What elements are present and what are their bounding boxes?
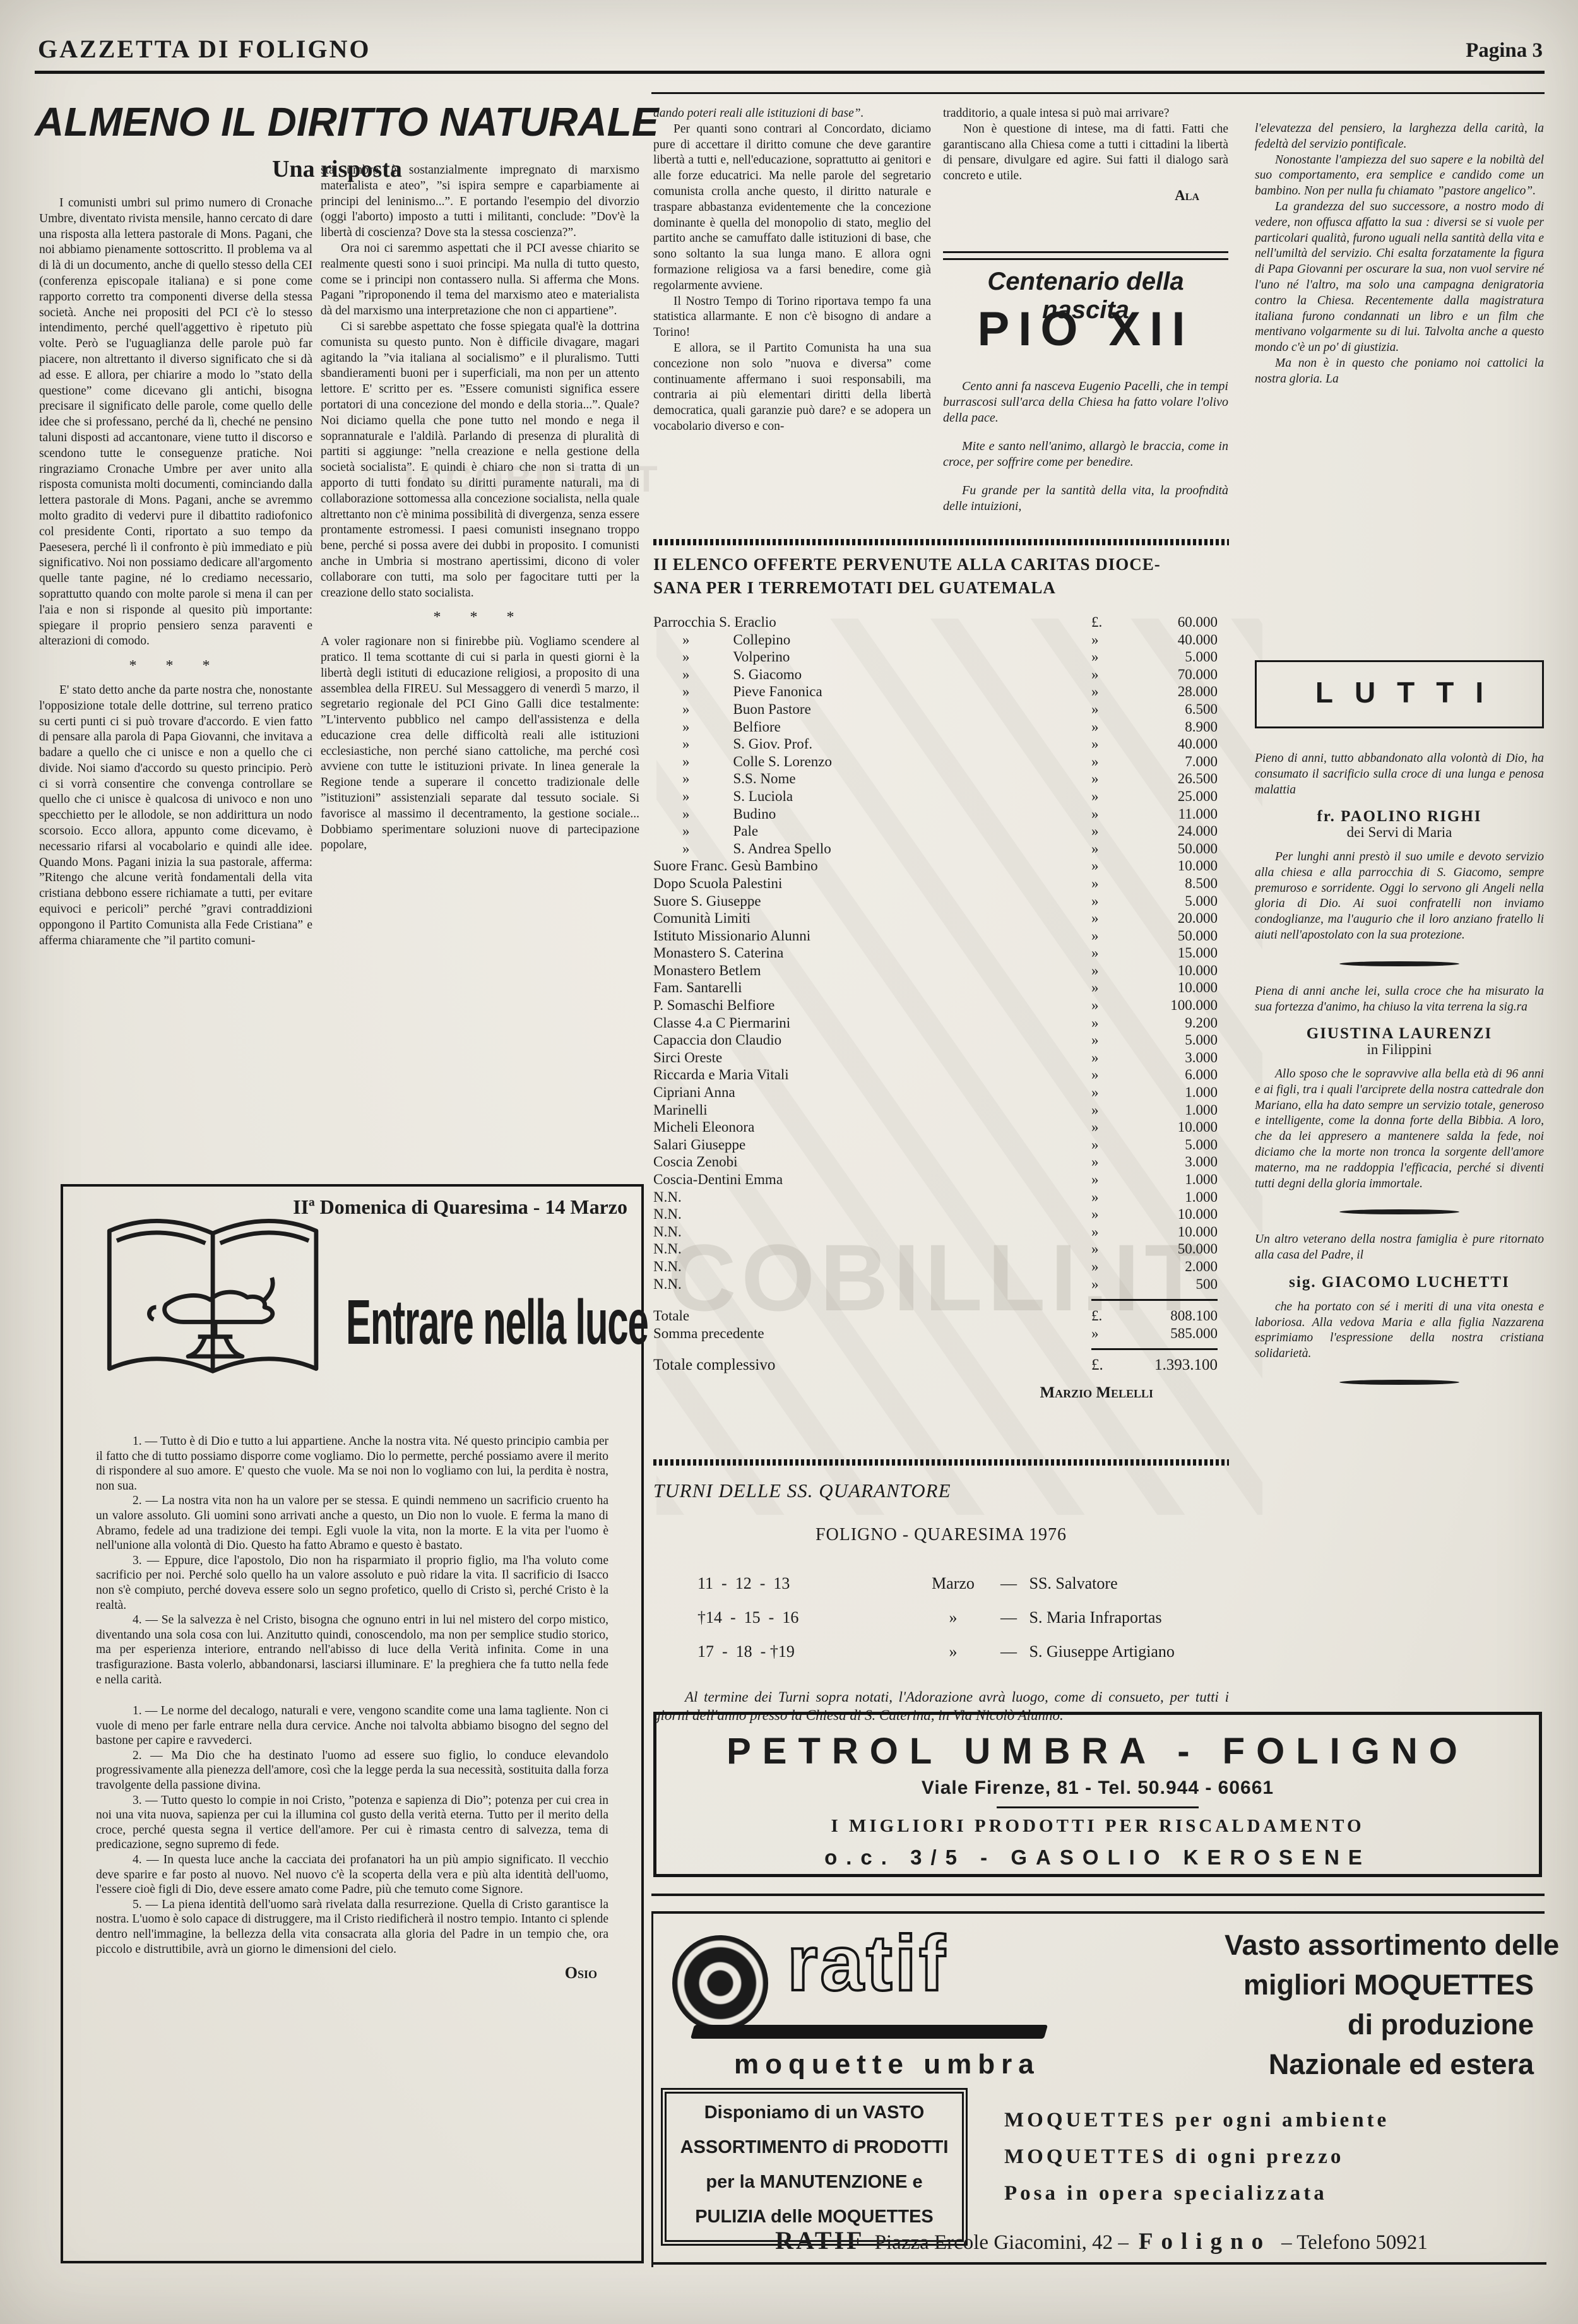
right-column-paragraphs: l'elevatezza del pensiero, la larghezza …: [1255, 121, 1544, 388]
caritas-rows: Parrocchia S. Eraclio £. 60.000 » Collep…: [653, 614, 1229, 1293]
currency-mark: »: [1091, 1276, 1136, 1293]
donation-amount: 60.000: [1136, 614, 1218, 631]
obituary-paragraph: Allo sposo che le sopravvive alla bella …: [1255, 1067, 1544, 1192]
donor-name: Parrocchia S. Eraclio: [653, 614, 1091, 631]
donation-row: Monastero S. Caterina » 15.000: [653, 944, 1229, 962]
currency-mark: »: [1091, 805, 1136, 823]
donation-row: » S. Andrea Spello » 50.000: [653, 840, 1229, 858]
obituary-divider: [1339, 1209, 1459, 1214]
turni-subtitle: FOLIGNO - QUARESIMA 1976: [653, 1525, 1229, 1545]
column-1-paragraphs-2: E' stato detto anche da parte nostra che…: [39, 683, 312, 949]
obituary-body: che ha portato con sé i meriti di una vi…: [1255, 1300, 1544, 1362]
centenario-paragraph: Mite e santo nell'animo, allargò le brac…: [943, 439, 1228, 470]
currency-mark: »: [1091, 927, 1136, 945]
ratif-box-lines: Disponiamo di un VASTOASSORTIMENTO di PR…: [667, 2097, 962, 2232]
petrol-ad-products-line: I MIGLIORI PRODOTTI PER RISCALDAMENTO: [656, 1816, 1539, 1837]
obituary-lead: Piena di anni anche lei, sulla croce che…: [1255, 984, 1544, 1016]
currency-mark: »: [1091, 718, 1136, 736]
article-paragraph: I comunisti umbri sul primo numero di Cr…: [39, 196, 312, 649]
petrol-ad-rule: [997, 1806, 1199, 1808]
donation-row: Micheli Eleonora » 10.000: [653, 1118, 1229, 1136]
donation-row: Capaccia don Claudio » 5.000: [653, 1031, 1229, 1049]
turni-dates: 17 - 18 - †19: [697, 1635, 906, 1669]
donation-amount: 5.000: [1136, 1136, 1218, 1154]
currency-mark: »: [1091, 944, 1136, 962]
donor-name: Micheli Eleonora: [653, 1118, 1091, 1136]
donation-row: Monastero Betlem » 10.000: [653, 962, 1229, 980]
donation-amount: 50.000: [1136, 1240, 1218, 1258]
ratif-feature-line: Posa in opera specializzata: [1004, 2175, 1547, 2212]
meditation-paragraph: 4. — Se la salvezza è nel Cristo, bisogn…: [96, 1613, 608, 1687]
currency-mark: »: [1091, 840, 1136, 858]
donor-name: Monastero S. Caterina: [653, 944, 1091, 962]
currency-mark: £.: [1091, 614, 1136, 631]
lutti-box: LUTTI: [1255, 660, 1544, 728]
currency-mark: »: [1091, 910, 1136, 927]
donation-row: Comunità Limiti » 20.000: [653, 910, 1229, 927]
donation-amount: 9.200: [1136, 1014, 1218, 1032]
total-row: Somma precedente » 585.000: [653, 1325, 1229, 1343]
donation-row: Classe 4.a C Piermarini » 9.200: [653, 1014, 1229, 1032]
currency-mark: »: [1091, 666, 1136, 684]
donation-row: Riccarda e Maria Vitali » 6.000: [653, 1066, 1229, 1084]
meditation-paragraph: 3. — Tutto questo lo compie in noi Crist…: [96, 1793, 608, 1853]
donor-name: N.N.: [653, 1276, 1091, 1293]
right-column-paragraph: La grandezza del suo successore, a nostr…: [1255, 199, 1544, 356]
donation-row: » Belfiore » 8.900: [653, 718, 1229, 736]
article-column-3: dando poteri reali alle istituzioni di b…: [653, 106, 931, 435]
donor-name: » Buon Pastore: [653, 701, 1091, 718]
currency-mark: »: [1091, 1049, 1136, 1067]
book-lamp-illustration: [92, 1203, 338, 1411]
donation-row: » Volperino » 5.000: [653, 648, 1229, 666]
donation-amount: 10.000: [1136, 857, 1218, 875]
donor-name: N.N.: [653, 1189, 1091, 1206]
petrol-umbra-ad: PETROL UMBRA - FOLIGNO Viale Firenze, 81…: [653, 1712, 1542, 1877]
donor-name: P. Somaschi Belfiore: [653, 997, 1091, 1014]
ratif-features: MOQUETTES per ogni ambienteMOQUETTES di …: [1004, 2102, 1547, 2212]
entrare-title: Entrare nella luce: [346, 1286, 648, 1359]
donation-amount: 11.000: [1136, 805, 1218, 823]
ratif-right-heading: Vasto assortimento dellemigliori MOQUETT…: [1225, 1925, 1534, 2084]
turni-schedule: 11 - 12 - 13 Marzo — SS. Salvatore †14 -…: [653, 1567, 1229, 1669]
caritas-heading-line1: II ELENCO OFFERTE PERVENUTE ALLA CARITAS…: [653, 553, 1229, 576]
donation-amount: 10.000: [1136, 962, 1218, 980]
ratif-feature-line: MOQUETTES per ogni ambiente: [1004, 2102, 1547, 2138]
turni-row: †14 - 15 - 16 » — S. Maria Infraportas: [653, 1601, 1229, 1635]
donor-name: Sirci Oreste: [653, 1049, 1091, 1067]
total-amount: 585.000: [1136, 1325, 1218, 1343]
currency-mark: »: [1091, 788, 1136, 805]
currency-mark: »: [1091, 735, 1136, 753]
article-column-2: sta umbro è sostanzialmente impregnato d…: [321, 163, 639, 853]
turni-section: TURNI DELLE SS. QUARANTORE FOLIGNO - QUA…: [653, 1479, 1229, 1724]
donation-amount: 10.000: [1136, 1118, 1218, 1136]
donation-amount: 20.000: [1136, 910, 1218, 927]
currency-mark: »: [1091, 857, 1136, 875]
donation-amount: 500: [1136, 1276, 1218, 1293]
article-paragraph: Non è questione di intese, ma di fatti. …: [943, 122, 1228, 184]
donation-row: N.N. » 2.000: [653, 1258, 1229, 1276]
donor-name: Capaccia don Claudio: [653, 1031, 1091, 1049]
donation-amount: 15.000: [1136, 944, 1218, 962]
lutti-entry-list: Pieno di anni, tutto abbandonato alla vo…: [1255, 751, 1544, 1385]
caritas-heading-line2: SANA PER I TERREMOTATI DEL GUATEMALA: [653, 576, 1229, 600]
caritas-section: II ELENCO OFFERTE PERVENUTE ALLA CARITAS…: [653, 553, 1229, 1402]
donor-name: » Volperino: [653, 648, 1091, 666]
donor-name: » Collepino: [653, 631, 1091, 649]
petrol-ad-fuel-line: o.c. 3/5 - GASOLIO KEROSENE: [656, 1846, 1539, 1870]
donation-row: » Colle S. Lorenzo » 7.000: [653, 753, 1229, 771]
caritas-table: Parrocchia S. Eraclio £. 60.000 » Collep…: [653, 614, 1229, 1374]
obituary-body: Allo sposo che le sopravvive alla bella …: [1255, 1067, 1544, 1192]
ratif-products-box: Disponiamo di un VASTOASSORTIMENTO di PR…: [661, 2088, 968, 2246]
ratif-logo-text: ratif: [787, 1919, 947, 2008]
lutti-title: LUTTI: [1257, 662, 1542, 723]
donation-row: » Pale » 24.000: [653, 822, 1229, 840]
donation-amount: 8.900: [1136, 718, 1218, 736]
sunday-kicker: IIª Domenica di Quaresima - 14 Marzo: [293, 1195, 627, 1219]
donation-amount: 28.000: [1136, 683, 1218, 701]
ratif-box-line: per la MANUTENZIONE e: [667, 2166, 962, 2198]
currency-mark: »: [1091, 1031, 1136, 1049]
turni-month: »: [906, 1635, 1000, 1669]
ratif-footer-address: Piazza Ercole Giacomini, 42 –: [875, 2231, 1129, 2255]
currency-mark: »: [1091, 1223, 1136, 1241]
donation-row: N.N. » 10.000: [653, 1223, 1229, 1241]
turni-rows: 11 - 12 - 13 Marzo — SS. Salvatore †14 -…: [653, 1567, 1229, 1669]
column-4-paragraphs: tradditorio, a quale intesa si può mai a…: [943, 106, 1228, 184]
currency-mark: »: [1091, 979, 1136, 997]
donation-row: N.N. » 1.000: [653, 1189, 1229, 1206]
donation-row: » S. Luciola » 25.000: [653, 788, 1229, 805]
donation-amount: 1.000: [1136, 1189, 1218, 1206]
donor-name: Fam. Santarelli: [653, 979, 1091, 997]
donor-name: N.N.: [653, 1240, 1091, 1258]
donor-name: N.N.: [653, 1206, 1091, 1223]
donation-amount: 10.000: [1136, 1223, 1218, 1241]
article-paragraph: A voler ragionare non si finirebbe più. …: [321, 634, 639, 853]
entrare-nella-luce-box: IIª Domenica di Quaresima - 14 Marzo Ent…: [61, 1184, 644, 2263]
currency-mark: »: [1091, 683, 1136, 701]
donation-amount: 25.000: [1136, 788, 1218, 805]
currency-mark: »: [1091, 822, 1136, 840]
ratif-footer-phone: – Telefono 50921: [1281, 2231, 1428, 2255]
caritas-signature: Marzio Melelli: [653, 1384, 1229, 1402]
currency-mark: »: [1091, 753, 1136, 771]
turni-dates: †14 - 15 - 16: [697, 1601, 906, 1635]
header-rule: [35, 71, 1545, 74]
donation-amount: 50.000: [1136, 927, 1218, 945]
donation-amount: 7.000: [1136, 753, 1218, 771]
currency-mark: »: [1091, 1153, 1136, 1171]
currency-mark: »: [1091, 1206, 1136, 1223]
currency-mark: »: [1091, 1084, 1136, 1101]
article-title: ALMENO IL DIRITTO NATURALE: [35, 98, 639, 145]
donation-amount: 3.000: [1136, 1153, 1218, 1171]
caritas-totals: Totale £. 808.100 Somma precedente » 585…: [653, 1307, 1229, 1342]
obituary-name: GIUSTINA LAURENZI: [1255, 1026, 1544, 1042]
donor-name: Suore S. Giuseppe: [653, 892, 1091, 910]
meditation-paragraph: 3. — Eppure, dice l'apostolo, Dio non ha…: [96, 1553, 608, 1613]
currency-mark: »: [1091, 701, 1136, 718]
carpet-roll-logo-icon: [672, 1935, 768, 2031]
donation-row: » S. Giov. Prof. » 40.000: [653, 735, 1229, 753]
obituary-entry: Piena di anni anche lei, sulla croce che…: [1255, 984, 1544, 1215]
right-column-text: l'elevatezza del pensiero, la larghezza …: [1255, 121, 1544, 388]
right-column-paragraph: Nonostante l'ampiezza del suo sapere e l…: [1255, 153, 1544, 199]
currency-mark: »: [1091, 1066, 1136, 1084]
obituary-name: fr. PAOLINO RIGHI: [1255, 809, 1544, 825]
centenario-paragraph: Cento anni fa nasceva Eugenio Pacelli, c…: [943, 379, 1228, 426]
obituary-name: sig. GIACOMO LUCHETTI: [1255, 1275, 1544, 1291]
donation-amount: 40.000: [1136, 631, 1218, 649]
donation-amount: 6.500: [1136, 701, 1218, 718]
page-number: Pagina 3: [1466, 39, 1543, 62]
obituary-entry: Un altro veterano della nostra famiglia …: [1255, 1232, 1544, 1385]
article-paragraph: sta umbro è sostanzialmente impregnato d…: [321, 163, 639, 241]
article-paragraph: E' stato detto anche da parte nostra che…: [39, 683, 312, 949]
obituary-lead: Un altro veterano della nostra famiglia …: [1255, 1232, 1544, 1264]
turni-month: Marzo: [906, 1567, 1000, 1601]
meditation-paragraph: 5. — La piena identità dell'uomo sarà ri…: [96, 1897, 608, 1957]
ratif-right-line: migliori MOQUETTES: [1225, 1965, 1534, 2005]
donation-row: Salari Giuseppe » 5.000: [653, 1136, 1229, 1154]
currency-mark: »: [1091, 770, 1136, 788]
ratif-bottom-rule: [653, 2262, 1546, 2265]
obituary-subname: dei Servi di Maria: [1255, 825, 1544, 841]
donor-name: » S. Giov. Prof.: [653, 735, 1091, 753]
donation-row: N.N. » 10.000: [653, 1206, 1229, 1223]
donation-amount: 3.000: [1136, 1049, 1218, 1067]
entrare-body: 1. — Tutto è di Dio e tutto a lui appart…: [96, 1434, 608, 1981]
currency-mark: »: [1091, 962, 1136, 980]
column-1-paragraphs: I comunisti umbri sul primo numero di Cr…: [39, 196, 312, 649]
donor-name: » Budino: [653, 805, 1091, 823]
currency-mark: »: [1091, 892, 1136, 910]
donor-name: N.N.: [653, 1258, 1091, 1276]
currency-mark: »: [1091, 1325, 1136, 1343]
donation-row: » Pieve Fanonica » 28.000: [653, 683, 1229, 701]
currency-mark: £.: [1091, 1307, 1136, 1325]
obituary-paragraph: che ha portato con sé i meriti di una vi…: [1255, 1300, 1544, 1362]
obituary-entry: Pieno di anni, tutto abbandonato alla vo…: [1255, 751, 1544, 966]
donation-amount: 2.000: [1136, 1258, 1218, 1276]
column-2-paragraphs: sta umbro è sostanzialmente impregnato d…: [321, 163, 639, 601]
currency-mark: »: [1091, 1189, 1136, 1206]
meditation-paragraph: 1. — Le norme del decalogo, naturali e v…: [96, 1704, 608, 1748]
paragraph-gap: [96, 1687, 608, 1704]
donor-name: » Belfiore: [653, 718, 1091, 736]
donor-name: Cipriani Anna: [653, 1084, 1091, 1101]
lutti-entries: Pieno di anni, tutto abbandonato alla vo…: [1255, 751, 1544, 1402]
donation-amount: 5.000: [1136, 648, 1218, 666]
ratif-right-line: Vasto assortimento delle: [1225, 1925, 1534, 1965]
donor-name: » S. Andrea Spello: [653, 840, 1091, 858]
obituary-subname: in Filippini: [1255, 1042, 1544, 1058]
donation-row: Dopo Scuola Palestini » 8.500: [653, 875, 1229, 892]
ratif-box-line: ASSORTIMENTO di PRODOTTI: [667, 2131, 962, 2163]
ratif-feature-lines: MOQUETTES per ogni ambienteMOQUETTES di …: [1004, 2102, 1547, 2212]
grand-total-label: Totale complessivo: [653, 1356, 1091, 1374]
donation-amount: 24.000: [1136, 822, 1218, 840]
donor-name: Coscia Zenobi: [653, 1153, 1091, 1171]
ratif-feature-line: MOQUETTES di ogni prezzo: [1004, 2138, 1547, 2175]
donor-name: Suore Franc. Gesù Bambino: [653, 857, 1091, 875]
donation-amount: 50.000: [1136, 840, 1218, 858]
donor-name: » Pieve Fanonica: [653, 683, 1091, 701]
currency-mark: £.: [1091, 1356, 1136, 1374]
ratif-footer: RATIF Piazza Ercole Giacomini, 42 – Foli…: [679, 2226, 1524, 2255]
donation-row: Sirci Oreste » 3.000: [653, 1049, 1229, 1067]
donation-row: » S. Giacomo » 70.000: [653, 666, 1229, 684]
donor-name: » Pale: [653, 822, 1091, 840]
ratif-footer-city: Foligno: [1139, 2228, 1271, 2255]
centenario-body: Cento anni fa nasceva Eugenio Pacelli, c…: [943, 366, 1228, 527]
entrare-part2: 1. — Le norme del decalogo, naturali e v…: [96, 1704, 608, 1957]
ratif-right-line: Nazionale ed estera: [1225, 2044, 1534, 2084]
donation-amount: 40.000: [1136, 735, 1218, 753]
donation-amount: 70.000: [1136, 666, 1218, 684]
article-paragraph: dando poteri reali alle istituzioni di b…: [653, 106, 931, 122]
donation-row: N.N. » 50.000: [653, 1240, 1229, 1258]
currency-mark: »: [1091, 1136, 1136, 1154]
double-rule: [943, 251, 1228, 260]
donation-amount: 10.000: [1136, 1206, 1218, 1223]
ratif-footer-brand: RATIF: [775, 2226, 864, 2255]
total-label: Totale: [653, 1307, 1091, 1325]
right-column-paragraph: l'elevatezza del pensiero, la larghezza …: [1255, 121, 1544, 153]
currency-mark: »: [1091, 1240, 1136, 1258]
donation-amount: 100.000: [1136, 997, 1218, 1014]
right-column-paragraph: Ma non è in questo che poniamo noi catto…: [1255, 356, 1544, 388]
donor-name: Istituto Missionario Alunni: [653, 927, 1091, 945]
centenario-title: PIO XII: [943, 302, 1228, 357]
donation-amount: 8.500: [1136, 875, 1218, 892]
totals-rule: [1091, 1299, 1218, 1301]
centenario-paragraphs: Cento anni fa nasceva Eugenio Pacelli, c…: [943, 379, 1228, 514]
total-label: Somma precedente: [653, 1325, 1091, 1343]
entrare-signature: Osio: [96, 1965, 608, 1981]
currency-mark: »: [1091, 1101, 1136, 1119]
column-2-paragraphs-2: A voler ragionare non si finirebbe più. …: [321, 634, 639, 853]
donation-row: P. Somaschi Belfiore » 100.000: [653, 997, 1229, 1014]
donor-name: Marinelli: [653, 1101, 1091, 1119]
ratif-logo-subtext: moquette umbra: [734, 2049, 1040, 2080]
article-paragraph: Per quanti sono contrari al Concordato, …: [653, 122, 931, 294]
article-paragraph: Il Nostro Tempo di Torino riportava temp…: [653, 294, 931, 341]
currency-mark: »: [1091, 875, 1136, 892]
section-divider-stars: * * *: [39, 658, 312, 674]
article-paragraph: tradditorio, a quale intesa si può mai a…: [943, 106, 1228, 122]
petrol-ad-title: PETROL UMBRA - FOLIGNO: [656, 1730, 1539, 1772]
meditation-paragraph: 2. — Ma Dio che ha destinato l'uomo ad e…: [96, 1748, 608, 1793]
currency-mark: »: [1091, 648, 1136, 666]
donor-name: » S. Giacomo: [653, 666, 1091, 684]
turni-row: 17 - 18 - †19 » — S. Giuseppe Artigiano: [653, 1635, 1229, 1669]
turni-dates: 11 - 12 - 13: [697, 1567, 906, 1601]
total-row: Totale £. 808.100: [653, 1307, 1229, 1325]
ratif-right-lines: Vasto assortimento dellemigliori MOQUETT…: [1225, 1925, 1534, 2084]
donation-row: » S.S. Nome » 26.500: [653, 770, 1229, 788]
donor-name: » S.S. Nome: [653, 770, 1091, 788]
donation-amount: 5.000: [1136, 1031, 1218, 1049]
columns-top-rule: [651, 92, 1545, 94]
donation-amount: 6.000: [1136, 1066, 1218, 1084]
totals-rule: [1091, 1348, 1218, 1350]
donation-row: » Buon Pastore » 6.500: [653, 701, 1229, 718]
donation-amount: 1.000: [1136, 1084, 1218, 1101]
donor-name: Comunità Limiti: [653, 910, 1091, 927]
donor-name: N.N.: [653, 1223, 1091, 1241]
donation-amount: 1.000: [1136, 1101, 1218, 1119]
donor-name: » Colle S. Lorenzo: [653, 753, 1091, 771]
donor-name: Coscia-Dentini Emma: [653, 1171, 1091, 1189]
grand-total-amount: 1.393.100: [1136, 1356, 1218, 1374]
turni-title: TURNI DELLE SS. QUARANTORE: [653, 1479, 1229, 1502]
donation-row: Fam. Santarelli » 10.000: [653, 979, 1229, 997]
ratif-right-line: di produzione: [1225, 2005, 1534, 2044]
currency-mark: »: [1091, 1118, 1136, 1136]
newspaper-page: IACOBILLI.IT COBILLI.IT GAZZETTA DI FOLI…: [0, 0, 1578, 2324]
carpet-sweep-bar: [691, 2025, 1048, 2039]
obituary-paragraph: Per lunghi anni prestò il suo umile e de…: [1255, 850, 1544, 944]
donation-row: Marinelli » 1.000: [653, 1101, 1229, 1119]
obituary-lead: Pieno di anni, tutto abbandonato alla vo…: [1255, 751, 1544, 798]
article-paragraph: Ci si sarebbe aspettato che fosse spiega…: [321, 319, 639, 601]
grand-total-row: Totale complessivo £. 1.393.100: [653, 1356, 1229, 1374]
donor-name: » S. Luciola: [653, 788, 1091, 805]
donation-row: N.N. » 500: [653, 1276, 1229, 1293]
meditation-paragraph: 4. — In questa luce anche la cacciata de…: [96, 1853, 608, 1897]
donation-row: » Budino » 11.000: [653, 805, 1229, 823]
obituary-divider: [1339, 961, 1459, 966]
donation-row: Cipriani Anna » 1.000: [653, 1084, 1229, 1101]
ratif-box-line: Disponiamo di un VASTO: [667, 2097, 962, 2128]
currency-mark: »: [1091, 631, 1136, 649]
donor-name: Dopo Scuola Palestini: [653, 875, 1091, 892]
donor-name: Classe 4.a C Piermarini: [653, 1014, 1091, 1032]
dotted-rule: [653, 539, 1229, 545]
article-column-1: I comunisti umbri sul primo numero di Cr…: [39, 196, 312, 949]
masthead: GAZZETTA DI FOLIGNO: [38, 34, 371, 64]
donor-name: Salari Giuseppe: [653, 1136, 1091, 1154]
donation-amount: 1.000: [1136, 1171, 1218, 1189]
dotted-rule: [653, 1459, 1229, 1466]
turni-month: »: [906, 1601, 1000, 1635]
donation-amount: 5.000: [1136, 892, 1218, 910]
ratif-ad: ratif moquette umbra Vasto assortimento …: [651, 1914, 1546, 2267]
donation-amount: 10.000: [1136, 979, 1218, 997]
article-paragraph: E allora, se il Partito Comunista ha una…: [653, 341, 931, 435]
meditation-paragraph: 2. — La nostra vita non ha un valore per…: [96, 1493, 608, 1553]
currency-mark: »: [1091, 1258, 1136, 1276]
obituary-body: Per lunghi anni prestò il suo umile e de…: [1255, 850, 1544, 944]
currency-mark: »: [1091, 997, 1136, 1014]
article-byline: Ala: [943, 188, 1228, 204]
donation-row: » Collepino » 40.000: [653, 631, 1229, 649]
centenario-paragraph: Fu grande per la santità della vita, la …: [943, 483, 1228, 514]
donation-row: Istituto Missionario Alunni » 50.000: [653, 927, 1229, 945]
currency-mark: »: [1091, 1014, 1136, 1032]
article-paragraph: Ora noi ci saremmo aspettati che il PCI …: [321, 241, 639, 319]
column-3-paragraphs: dando poteri reali alle istituzioni di b…: [653, 106, 931, 435]
turni-church: — SS. Salvatore: [1000, 1567, 1229, 1601]
donation-row: Parrocchia S. Eraclio £. 60.000: [653, 614, 1229, 631]
entrare-part1: 1. — Tutto è di Dio e tutto a lui appart…: [96, 1434, 608, 1687]
turni-church: — S. Maria Infraportas: [1000, 1601, 1229, 1635]
horizontal-rule: [651, 1894, 1545, 1896]
